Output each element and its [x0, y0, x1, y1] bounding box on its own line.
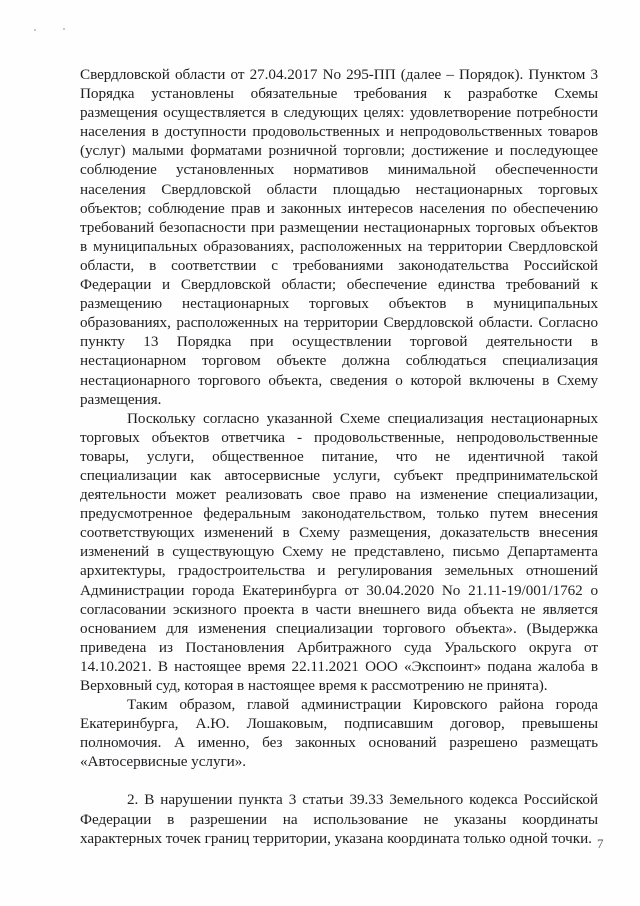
paragraph-regulation-goals: Свердловской области от 27.04.2017 No 29…: [80, 65, 598, 409]
paragraph-spacer: [80, 771, 598, 790]
paragraph-point-2: 2. В нарушении пункта 3 статьи 39.33 Зем…: [80, 790, 598, 847]
page-number: 7: [597, 836, 604, 852]
paragraph-conclusion: Таким образом, главой администрации Киро…: [80, 695, 598, 771]
document-page: Свердловской области от 27.04.2017 No 29…: [0, 0, 640, 906]
document-body: Свердловской области от 27.04.2017 No 29…: [80, 65, 598, 848]
paragraph-specialization: Поскольку согласно указанной Схеме специ…: [80, 409, 598, 695]
scan-artifact: [63, 28, 65, 30]
scan-artifact: [34, 29, 36, 31]
